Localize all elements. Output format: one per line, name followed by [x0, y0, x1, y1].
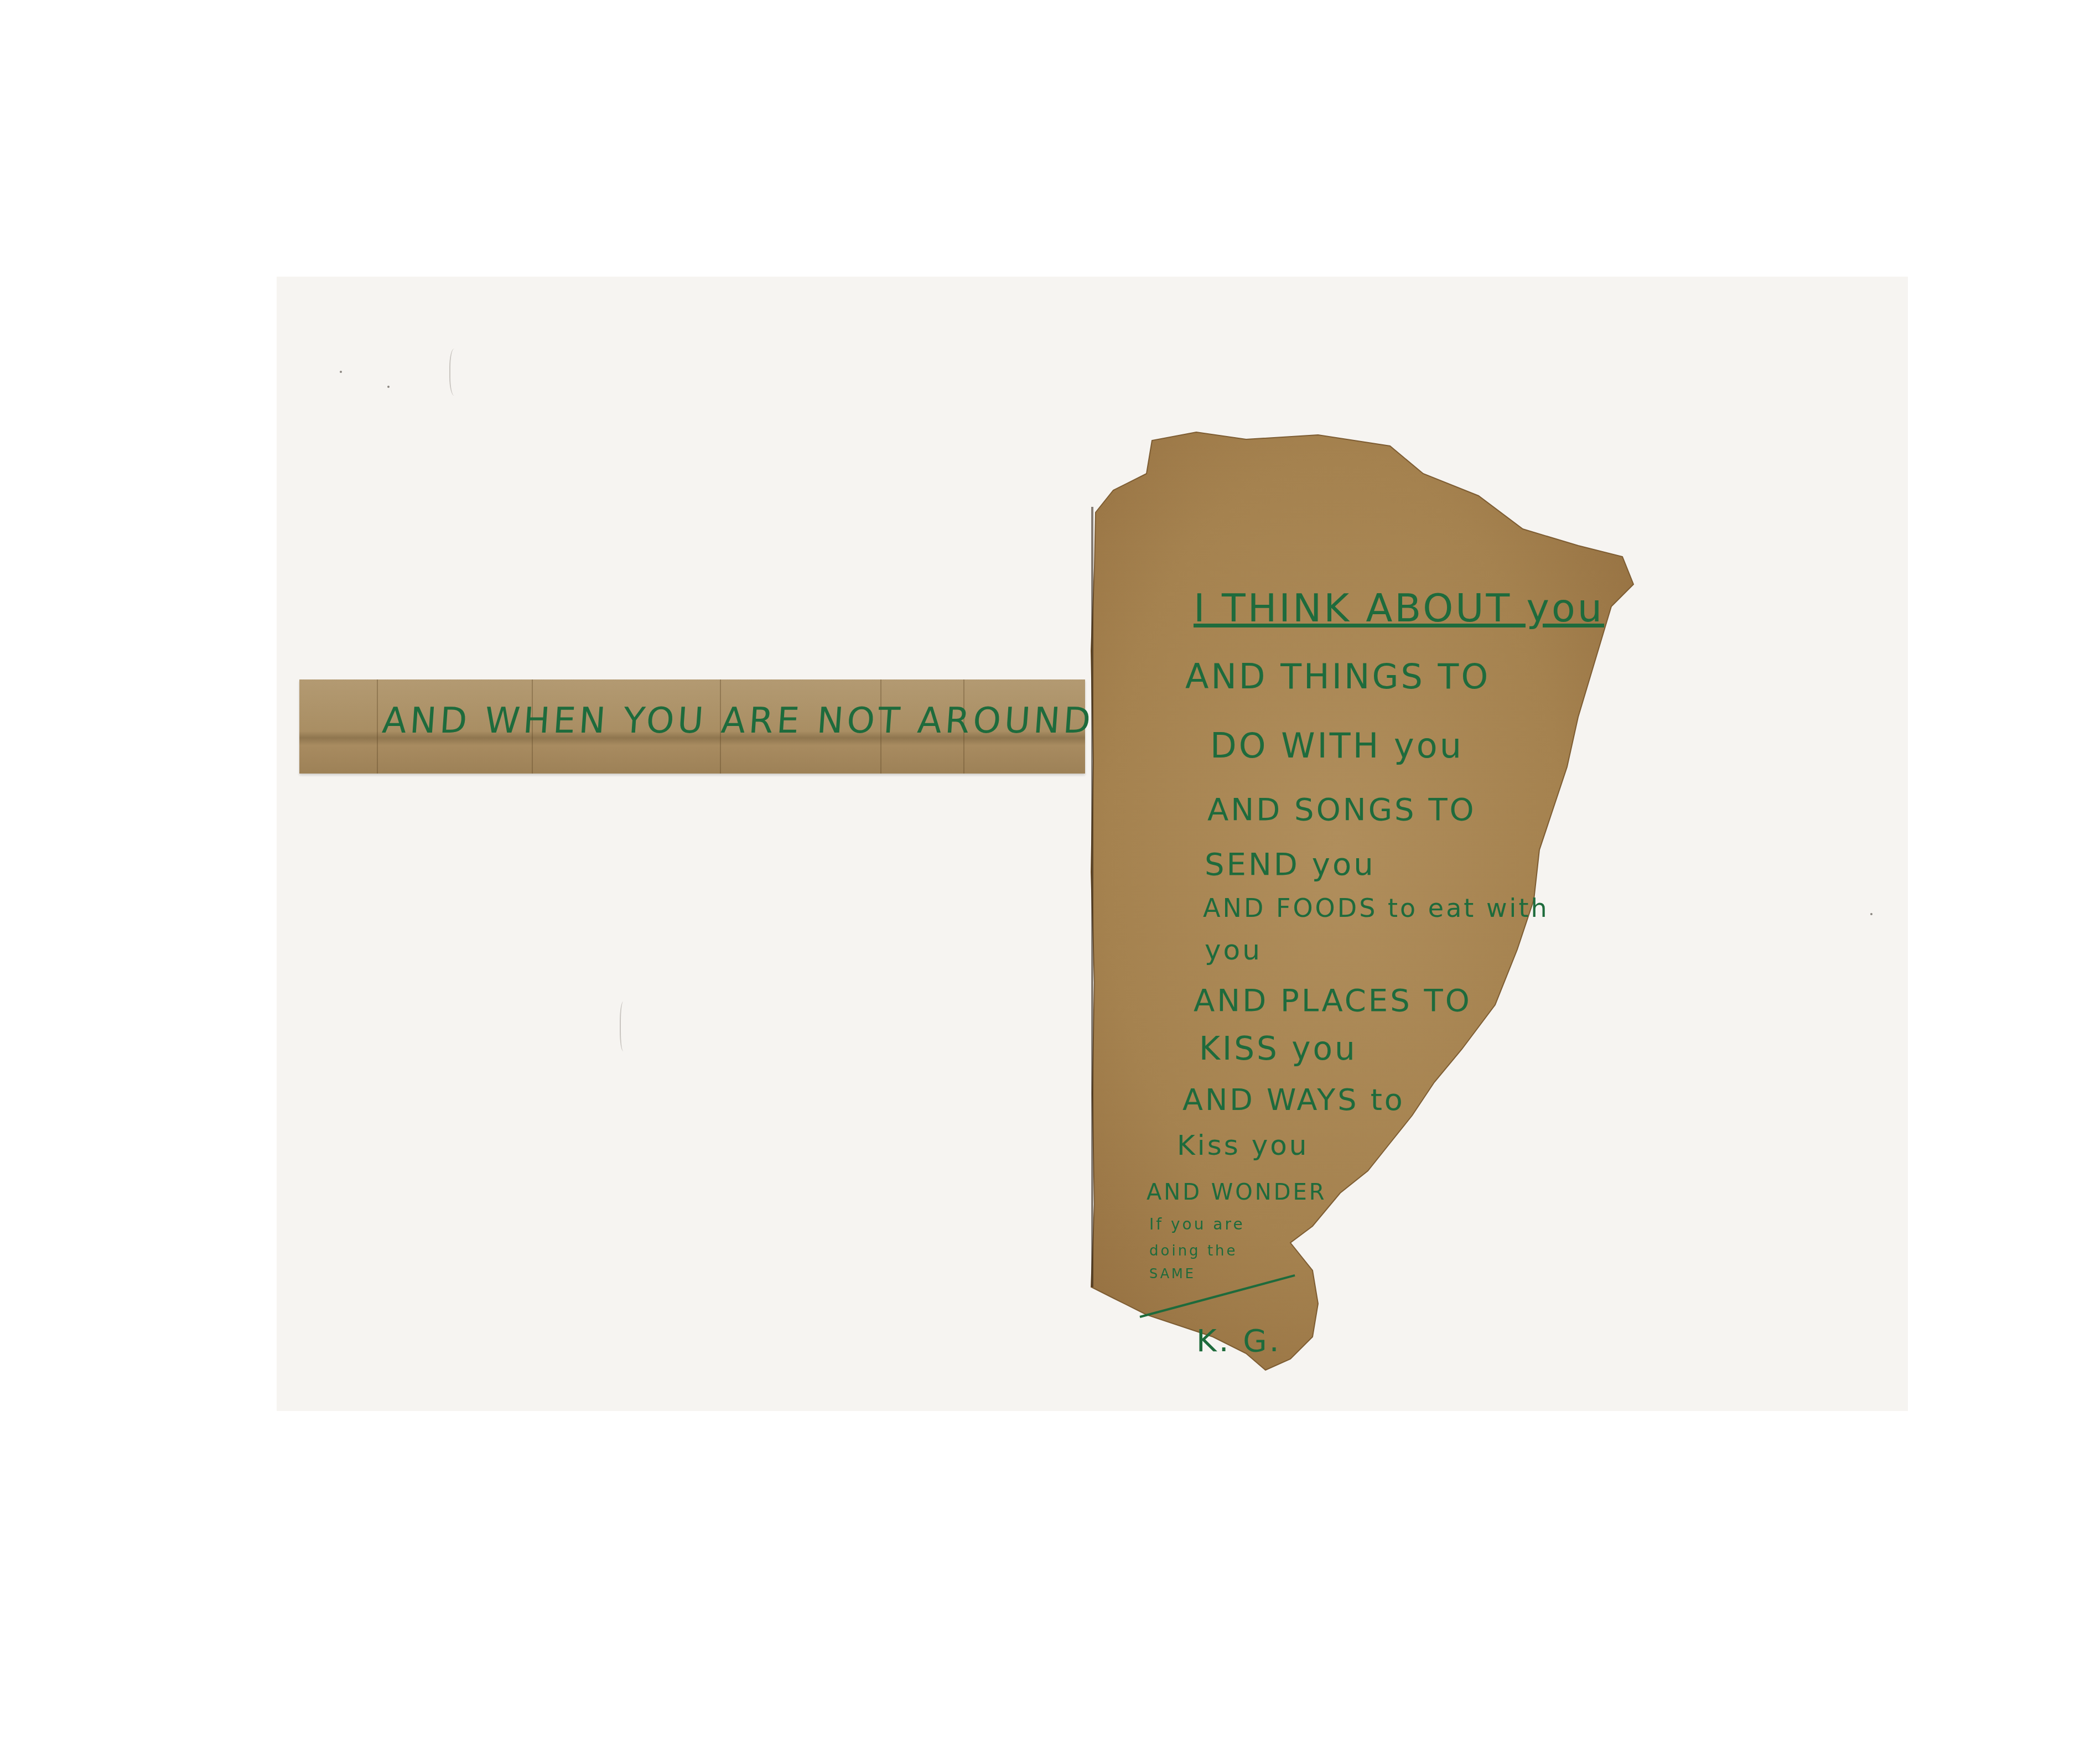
- poem-line: doing the: [1149, 1243, 1238, 1259]
- poem-line: AND WAYS to: [1182, 1082, 1405, 1117]
- poem-line: Kiss you: [1177, 1129, 1309, 1161]
- poem-line: SAME: [1149, 1266, 1196, 1282]
- poem-line: DO WITH you: [1210, 725, 1464, 766]
- paper-crease: [377, 679, 378, 774]
- poem-line: AND FOODS to eat with: [1203, 893, 1549, 923]
- dust-speck: [340, 371, 342, 373]
- poem-line: SEND you: [1205, 847, 1376, 883]
- dust-speck: [387, 386, 390, 388]
- poem-line: I THINK ABOUT you: [1194, 585, 1604, 631]
- torn-paper-note: I THINK ABOUT you AND THINGS TO DO WITH …: [1080, 429, 1799, 1381]
- poem-line: If you are: [1149, 1215, 1245, 1233]
- hair-fiber: [449, 349, 461, 396]
- poem-line: AND PLACES TO: [1194, 983, 1472, 1019]
- signature: K. G.: [1196, 1323, 1282, 1359]
- poem-line: AND SONGS TO: [1207, 792, 1476, 828]
- strip-handwriting: AND WHEN YOU ARE NOT AROUND: [381, 701, 1095, 741]
- folded-paper-strip: AND WHEN YOU ARE NOT AROUND: [299, 679, 1085, 774]
- poem-line: AND WONDER: [1147, 1180, 1327, 1205]
- poem-line: KISS you: [1199, 1030, 1357, 1067]
- dust-speck: [1870, 913, 1872, 915]
- poem-line: you: [1205, 934, 1262, 966]
- poem-line: AND THINGS TO: [1185, 656, 1490, 697]
- hair-fiber: [620, 1002, 629, 1051]
